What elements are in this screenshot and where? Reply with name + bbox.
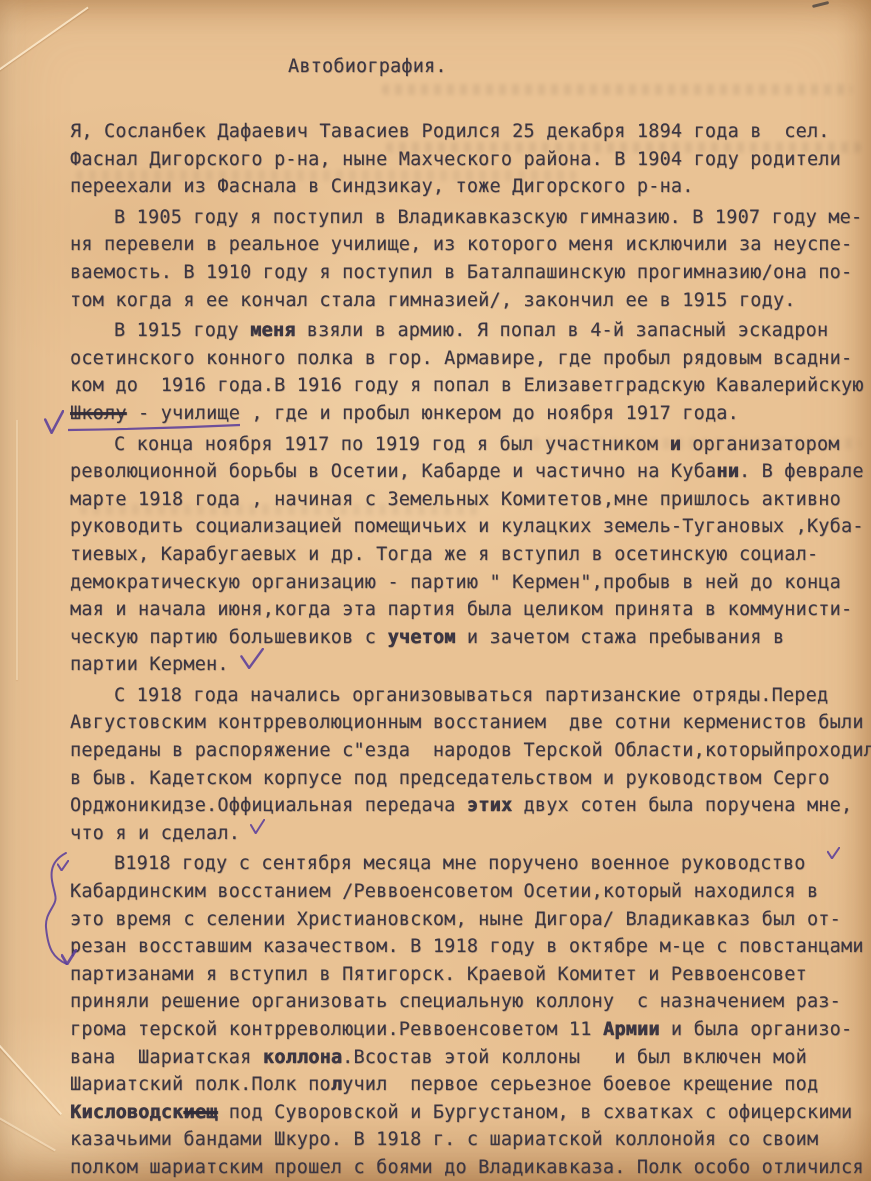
document-body: Я, Сосланбек Дафаевич Тавасиев Родился 2… (70, 118, 871, 1181)
text-line: переданы в распоряжение с"езда народов Т… (70, 737, 871, 765)
text-segment: Я, Сосланбек Дафаевич Тавасиев Родился 2… (70, 121, 830, 142)
text-line: полком шариатским прошел с боями до Влад… (70, 1154, 871, 1181)
text-segment: Орджоникидзе.Оффициальная передача (70, 795, 467, 816)
checkmark-kermen (240, 648, 264, 669)
text-line: Шариатский полк.Полк получил первое серь… (70, 1071, 871, 1099)
text-line: казачьими бандами Шкуро. В 1918 г. с шар… (70, 1126, 871, 1154)
text-segment: организатором (681, 434, 840, 455)
text-line: приняли решение организовать специальную… (70, 988, 871, 1016)
checkmark-rukovodstvo (827, 847, 840, 859)
text-segment: переданы в распоряжение с"езда народов Т… (70, 740, 871, 761)
text-segment: коллона (263, 1047, 342, 1068)
text-line: переехали из Фаснала в Синдзикау, тоже Д… (70, 173, 871, 201)
text-segment: ваемость. В 1910 году я поступил в Батал… (70, 262, 852, 283)
text-line: ком до 1916 года.В 1916 году я попал в Е… (70, 372, 871, 400)
text-segment: С конца ноября 1917 по 1919 год я был уч… (114, 434, 670, 455)
text-line: это время с селении Христиановском, ныне… (70, 906, 871, 934)
text-segment: и была организо- (660, 1019, 853, 1040)
text-line: ваемость. В 1910 году я поступил в Батал… (70, 259, 871, 287)
text-line: революционной борьбы в Осетии, Кабарде и… (70, 458, 871, 486)
margin-checkmark-school (44, 410, 64, 434)
text-segment: полком шариатским прошел с боями до Влад… (70, 1157, 864, 1178)
margin-checkmark-partizans (61, 949, 77, 965)
text-segment: учетом (387, 627, 455, 648)
text-segment: в быв. Кадетском корпусе под председател… (70, 768, 830, 789)
text-segment: осетинского конного полка в гор. Армавир… (70, 348, 852, 369)
text-segment: меня (250, 320, 295, 341)
text-line: В 1915 году меня взяли в армию. Я попал … (70, 317, 871, 345)
text-line: резан восставшим казачеством. В 1918 год… (70, 933, 871, 961)
document: Автобиография. Я, Сосланбек Дафаевич Тав… (0, 0, 871, 1181)
text-segment: Фаснал Дигорского р-на, ныне Махческого … (70, 149, 841, 170)
text-line: Кабардинским восстанием /Реввоенсоветом … (70, 878, 871, 906)
text-segment: Школу (70, 403, 127, 424)
text-line: грома терской контрреволюции.Реввоенсове… (70, 1016, 871, 1044)
text-segment: - училище , где и пробыл юнкером до нояб… (127, 403, 739, 424)
text-segment: и зачетом стажа пребывания в (456, 627, 785, 648)
text-line: ня перевели в реальное училище, из котор… (70, 231, 871, 259)
text-segment: В 1905 году я поступил в Владикавказскую… (114, 207, 862, 228)
page: Автобиография. Я, Сосланбек Дафаевич Тав… (0, 0, 871, 1181)
text-segment: тиевых, Карабугаевых и др. Тогда же я вс… (70, 544, 818, 565)
text-segment: иещ (183, 1102, 217, 1123)
text-segment: . В феврале (739, 461, 864, 482)
text-segment: В1918 году с сентября месяца мне поручен… (114, 853, 806, 874)
text-segment: революционной борьбы в Осетии, Кабарде и… (70, 461, 716, 482)
text-segment: этих (467, 795, 512, 816)
text-segment: руководить социализацией помещичьих и ку… (70, 516, 864, 537)
text-segment: демократическую организацию - партию " К… (70, 572, 841, 593)
text-segment: ни (716, 461, 739, 482)
paragraph: С конца ноября 1917 по 1919 год я был уч… (70, 431, 871, 679)
text-segment: партизанами я вступил в Пятигорск. Краев… (70, 964, 807, 985)
school-underline (68, 423, 240, 432)
text-segment: Августовским контрреволюционным восстани… (70, 712, 864, 733)
text-segment: переехали из Фаснала в Синдзикау, тоже Д… (70, 176, 694, 197)
text-line: Кисловодскиещ под Суворовской и Бургуста… (70, 1099, 871, 1127)
text-segment: том когда я ее кончал стала гимназией/, … (70, 290, 796, 311)
text-segment: Кабардинским восстанием /Реввоенсоветом … (70, 881, 818, 902)
text-line: В1918 году с сентября месяца мне поручен… (70, 850, 871, 878)
text-segment: л (331, 1074, 342, 1095)
text-line: С 1918 года начались организовываться па… (70, 682, 871, 710)
paragraph: В 1905 году я поступил в Владикавказскую… (70, 204, 871, 314)
text-segment: приняли решение организовать специальную… (70, 991, 841, 1012)
text-segment: марте 1918 года , начиная с Земельных Ко… (70, 489, 841, 510)
text-segment: Кисловодск (70, 1102, 183, 1123)
text-segment: что я и сделал. (70, 823, 240, 844)
text-segment: двух сотен была поручена мне, (512, 795, 852, 816)
text-segment: мая и начала июня,когда эта партия была … (70, 599, 852, 620)
text-segment: Шариатский полк.Полк по (70, 1074, 331, 1095)
paragraph: В 1915 году меня взяли в армию. Я попал … (70, 317, 871, 427)
text-line: В 1905 году я поступил в Владикавказскую… (70, 204, 871, 232)
text-segment: и (670, 434, 681, 455)
text-segment: ком до 1916 года.В 1916 году я попал в Е… (70, 375, 864, 396)
document-title: Автобиография. (288, 54, 871, 80)
text-line: ческую партию большевиков с учетом и зач… (70, 624, 871, 652)
text-segment: ня перевели в реальное училище, из котор… (70, 234, 852, 255)
text-line: Я, Сосланбек Дафаевич Тавасиев Родился 2… (70, 118, 871, 146)
text-segment: С 1918 года начались организовываться па… (114, 685, 828, 706)
text-line: С конца ноября 1917 по 1919 год я был уч… (70, 431, 871, 459)
text-segment: Армии (603, 1019, 660, 1040)
text-line: демократическую организацию - партию " К… (70, 569, 871, 597)
text-segment: вана Шариатская (70, 1047, 263, 1068)
text-segment: .Всостав этой коллоны и был включен мой (342, 1047, 807, 1068)
text-line: руководить социализацией помещичьих и ку… (70, 513, 871, 541)
text-segment: грома терской контрреволюции.Реввоенсове… (70, 1019, 603, 1040)
text-line: в быв. Кадетском корпусе под председател… (70, 765, 871, 793)
text-line: мая и начала июня,когда эта партия была … (70, 596, 871, 624)
text-line: Фаснал Дигорского р-на, ныне Махческого … (70, 146, 871, 174)
paragraph: С 1918 года начались организовываться па… (70, 682, 871, 848)
text-line: осетинского конного полка в гор. Армавир… (70, 345, 871, 373)
checkmark-sdelal (250, 819, 265, 834)
paragraph: В1918 году с сентября месяца мне поручен… (70, 850, 871, 1181)
text-line: партии Кермен. (70, 651, 871, 679)
text-line: партизанами я вступил в Пятигорск. Краев… (70, 961, 871, 989)
text-line: тиевых, Карабугаевых и др. Тогда же я вс… (70, 541, 871, 569)
paragraph: Я, Сосланбек Дафаевич Тавасиев Родился 2… (70, 118, 871, 201)
text-segment: ческую партию большевиков с (70, 627, 387, 648)
text-segment: партии Кермен. (70, 654, 229, 675)
text-line: что я и сделал. (70, 820, 871, 848)
text-line: том когда я ее кончал стала гимназией/, … (70, 287, 871, 315)
text-line: вана Шариатская коллона.Всостав этой кол… (70, 1044, 871, 1072)
text-segment: взяли в армию. Я попал в 4-й запасный эс… (295, 320, 828, 341)
text-segment: учил первое серьезное боевое крещение по… (342, 1074, 818, 1095)
text-segment: под Суворовской и Бургустаном, в схватка… (217, 1102, 852, 1123)
text-segment: казачьими бандами Шкуро. В 1918 г. с шар… (70, 1129, 818, 1150)
text-line: марте 1918 года , начиная с Земельных Ко… (70, 486, 871, 514)
text-segment: В 1915 году (114, 320, 250, 341)
text-segment: резан восставшим казачеством. В 1918 год… (70, 936, 864, 957)
text-segment: это время с селении Христиановском, ныне… (70, 909, 841, 930)
text-line: Орджоникидзе.Оффициальная передача этих … (70, 792, 871, 820)
text-line: Августовским контрреволюционным восстани… (70, 709, 871, 737)
